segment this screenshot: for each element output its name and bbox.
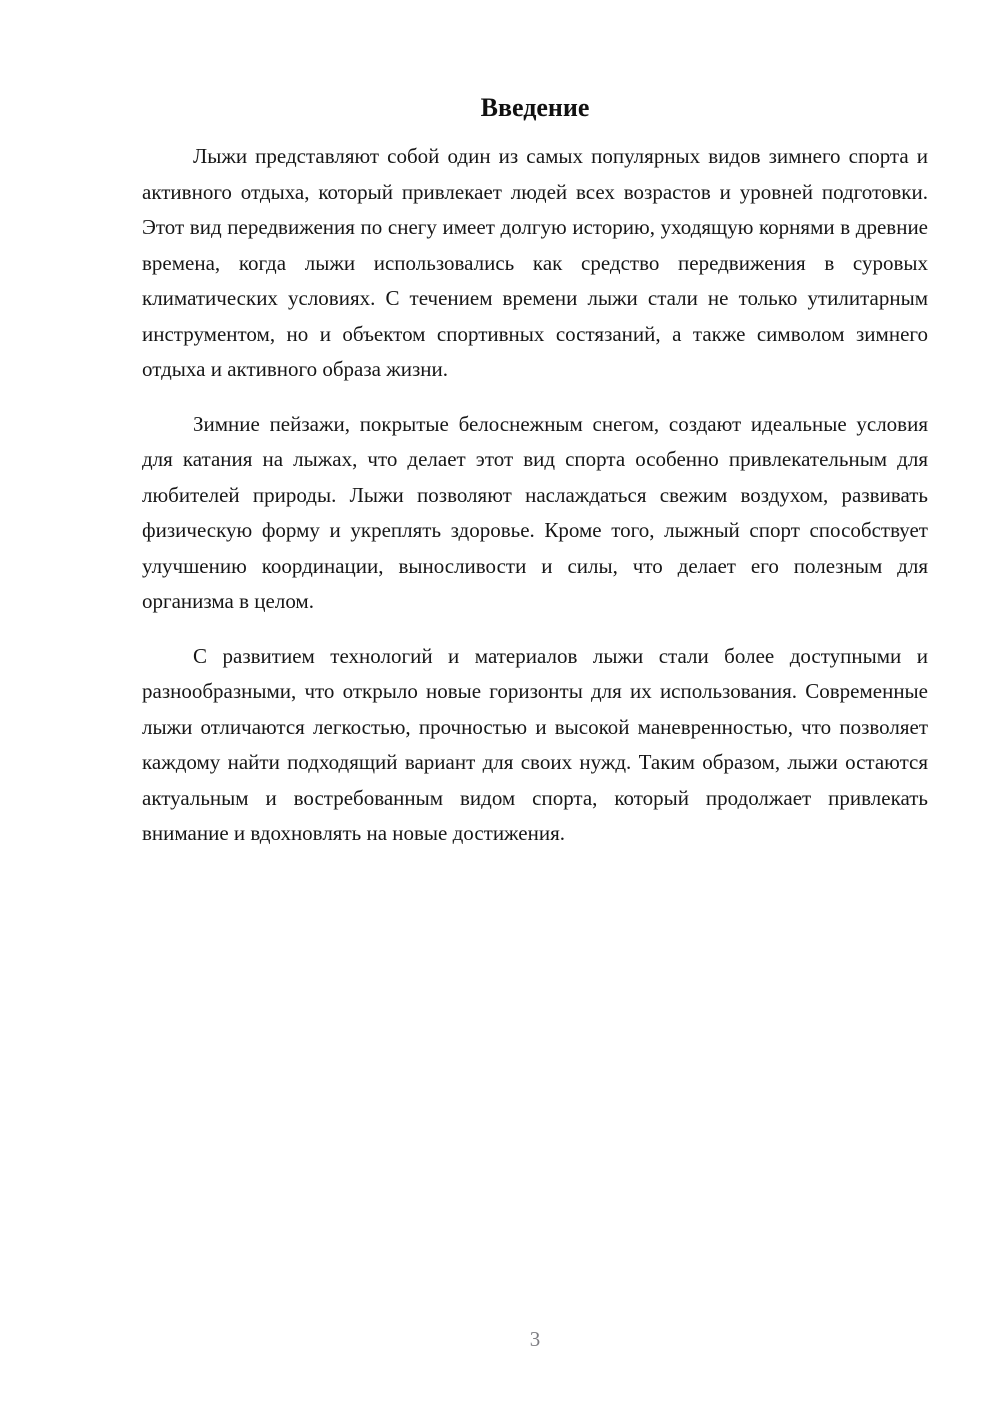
page-footer: 3 [142,1326,928,1352]
paragraph-intro-skiing: Лыжи представляют собой один из самых по… [142,139,928,388]
paragraph-winter-landscapes: Зимние пейзажи, покрытые белоснежным сне… [142,407,928,620]
page-title: Введение [142,88,928,128]
paragraph-technology-development: С развитием технологий и материалов лыжи… [142,639,928,852]
document-content: Введение Лыжи представляют собой один из… [142,88,928,871]
page-number: 3 [530,1327,541,1351]
document-page: Введение Лыжи представляют собой один из… [0,0,1000,1414]
